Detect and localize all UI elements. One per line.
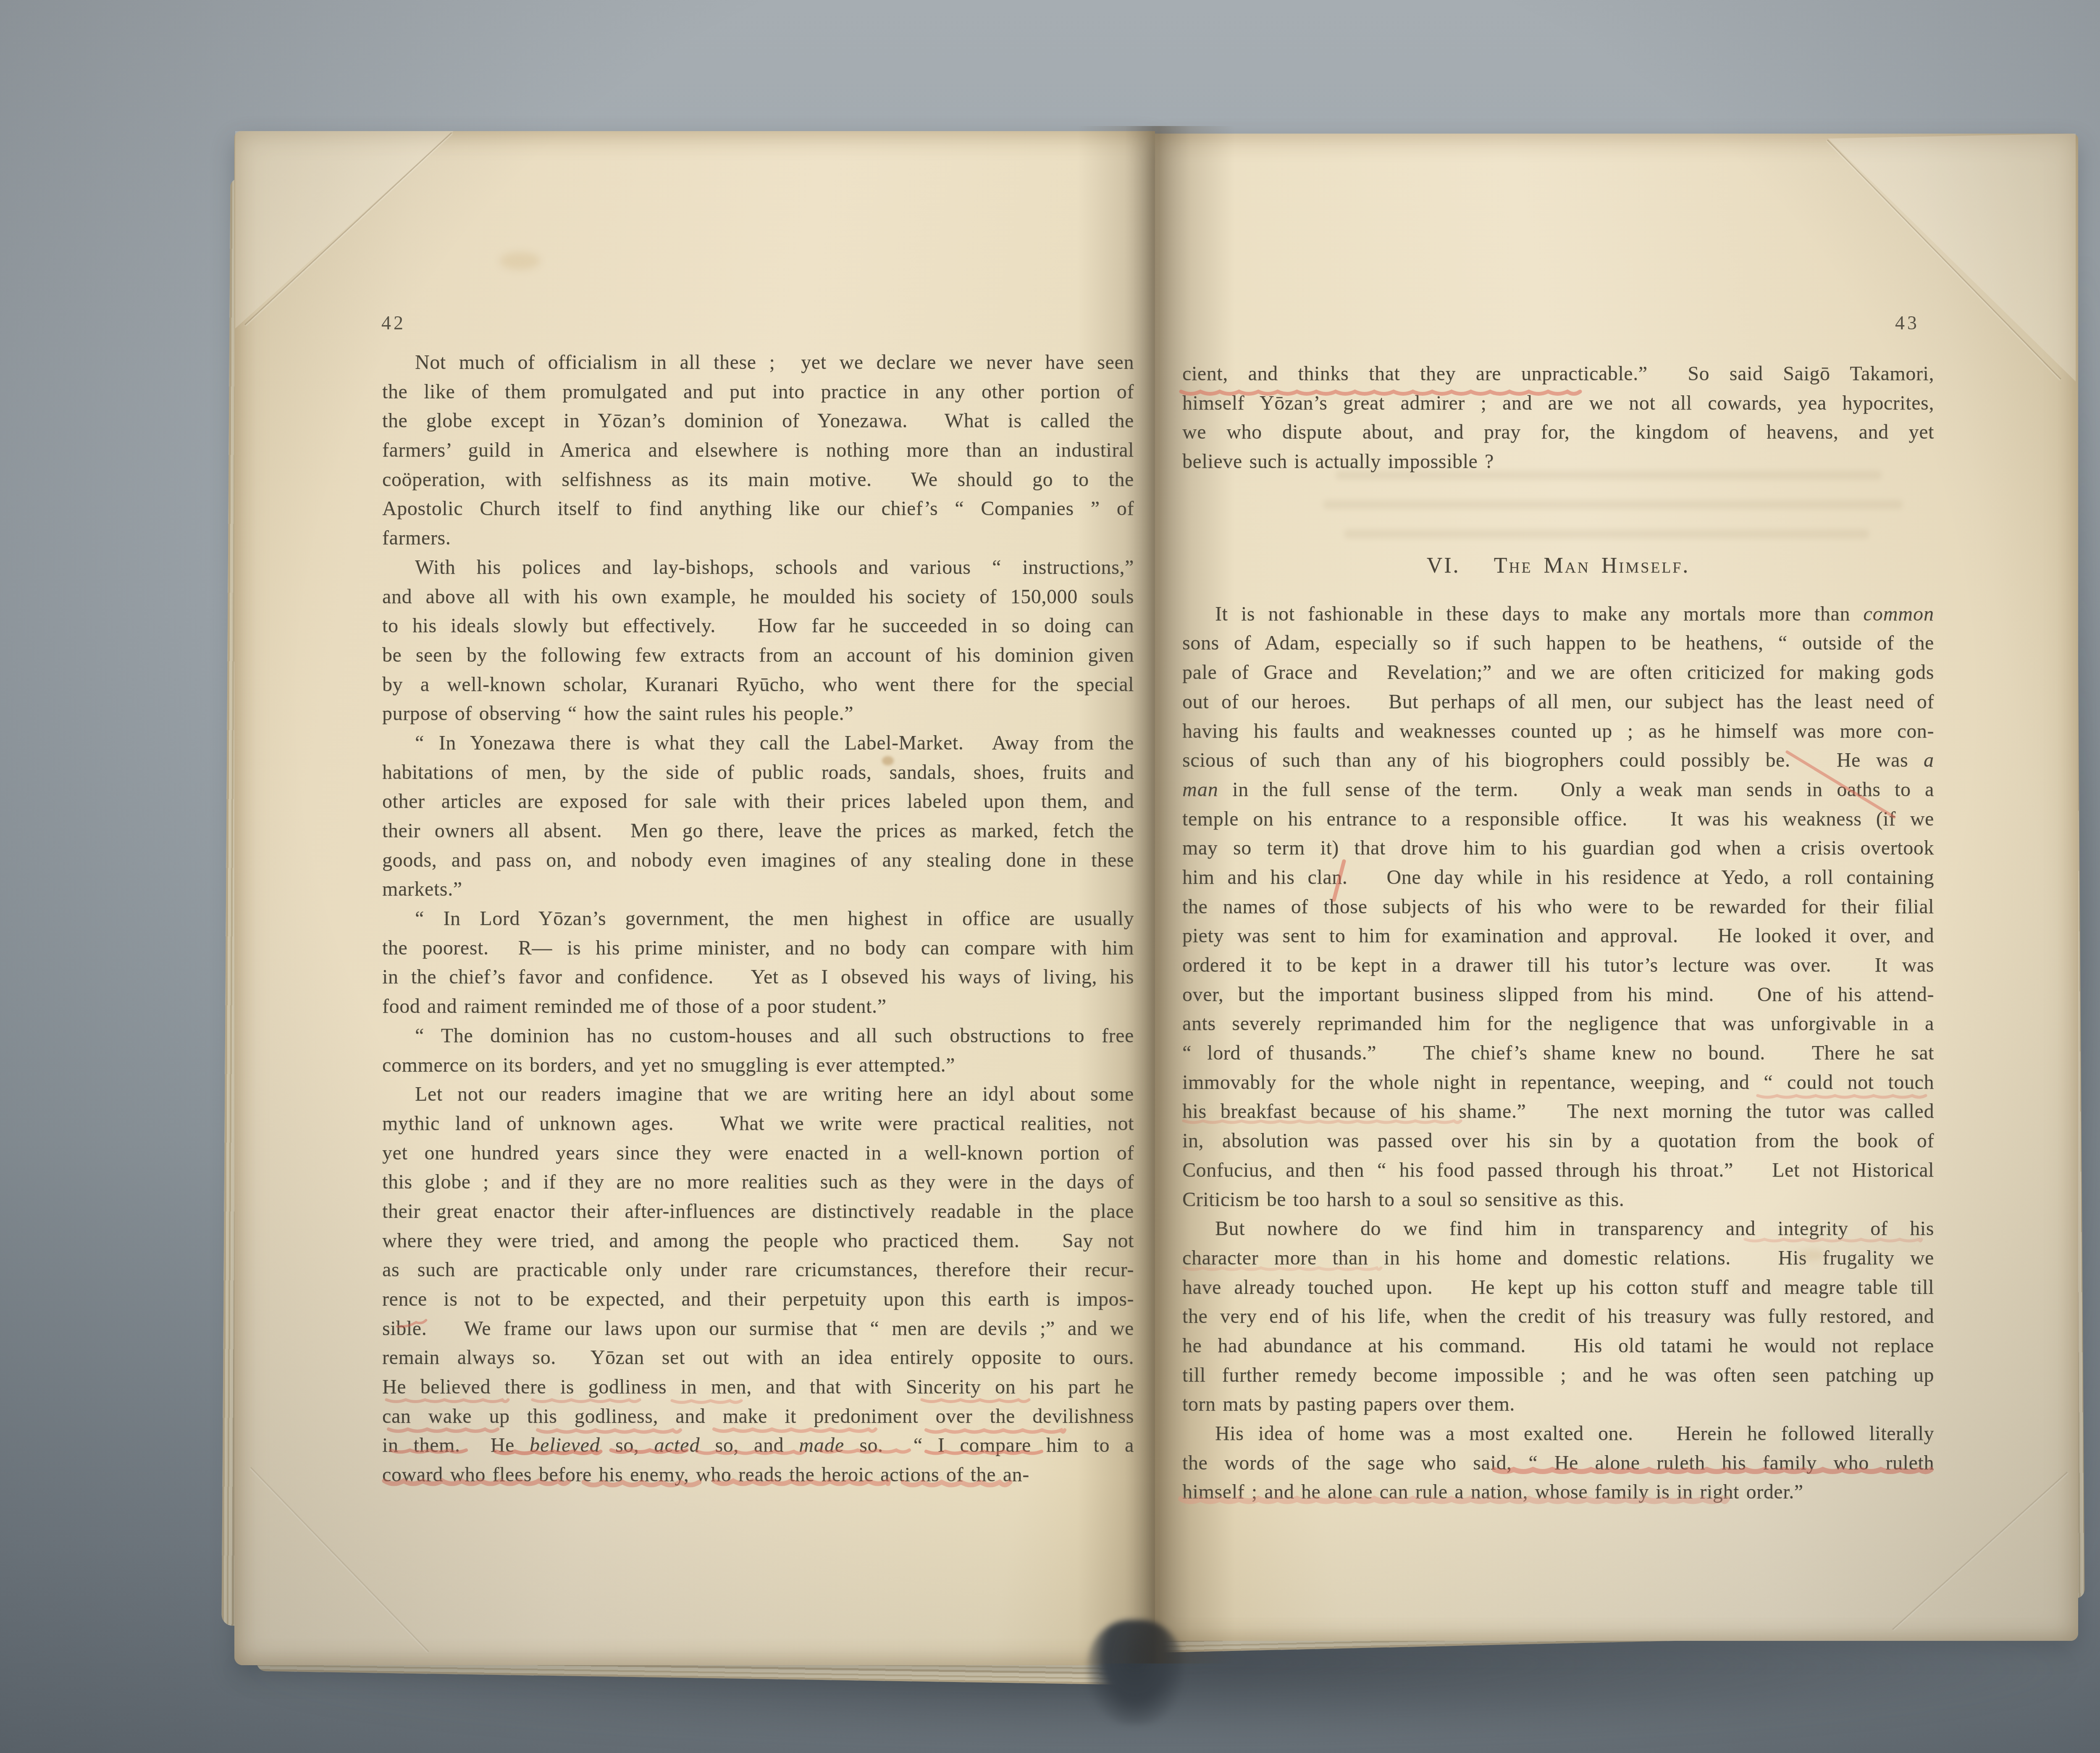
red-pencil-stroke xyxy=(1784,749,1897,820)
book-photograph: 42 43 Not much of officialism in all the… xyxy=(0,0,2100,1753)
text-line: having his faults and weaknesses counted… xyxy=(1182,717,1934,746)
text-line: their owners all absent. Men go there, l… xyxy=(382,816,1134,846)
red-pencil-underline xyxy=(530,1391,642,1408)
text-line: ordered it to be kept in a drawer till h… xyxy=(1182,951,1934,980)
text-line: Criticism be too harsh to a soul so sens… xyxy=(1182,1185,1934,1214)
text-line: be seen by the following few extracts fr… xyxy=(382,641,1134,670)
red-pencil-underline xyxy=(695,1443,806,1460)
red-pencil-underline xyxy=(493,1442,603,1461)
text-line: “ lord of thusands.” The chief’s shame k… xyxy=(1182,1038,1934,1068)
red-pencil-underline xyxy=(712,1469,890,1493)
text-line: remain always so. Yōzan set out with an … xyxy=(382,1343,1134,1372)
red-pencil-underline xyxy=(582,1470,701,1494)
text-line: the names of those subjects of his who w… xyxy=(1182,892,1934,922)
text-line: ants severely reprimanded him for the ne… xyxy=(1182,1009,1934,1038)
text-line: where they were tried, and among the peo… xyxy=(382,1226,1134,1256)
text-line: the poorest. R— is his prime minister, a… xyxy=(382,933,1134,963)
text-line: he had abundance at his command. His old… xyxy=(1182,1331,1934,1361)
text-line: Not much of officialism in all these ; y… xyxy=(382,348,1134,377)
red-pencil-underline xyxy=(901,1470,1012,1494)
text-line: believe such is actually impossible ? xyxy=(1182,447,1934,476)
text-line: other articles are exposed for sale with… xyxy=(382,787,1134,816)
text-line: by a well-known scholar, Kuranari Ryūcho… xyxy=(382,670,1134,699)
red-pencil-underline xyxy=(670,1392,743,1409)
text-line: purpose of observing “ how the saint rul… xyxy=(382,699,1134,728)
red-pencil-underline xyxy=(924,1443,1044,1460)
text-line: the globe except in Yōzan’s dominion of … xyxy=(382,406,1134,436)
red-pencil-underline xyxy=(920,1391,1031,1408)
text-line: may so term it) that drove him to his gu… xyxy=(1182,833,1934,863)
red-pencil-underline xyxy=(1179,1487,1729,1511)
red-pencil-underline xyxy=(388,1441,468,1459)
text-line: in, absolution was passed over his sin b… xyxy=(1182,1126,1934,1156)
red-pencil-underline xyxy=(817,1441,911,1459)
text-line: him and his clan. One day while in his r… xyxy=(1182,863,1934,892)
text-line: the very end of his life, when the credi… xyxy=(1182,1302,1934,1331)
page-number-left: 42 xyxy=(381,312,406,334)
text-line: “ The dominion has no custom-houses and … xyxy=(382,1021,1134,1051)
text-line: mythic land of unknown ages. What we wri… xyxy=(382,1109,1134,1138)
text-line: goods, and pass on, and nobody even imag… xyxy=(382,846,1134,875)
red-pencil-underline xyxy=(535,1421,682,1439)
red-pencil-underline xyxy=(924,1421,1067,1439)
text-line: With his polices and lay-bishops, school… xyxy=(382,553,1134,582)
text-line: till further remedy become impossible ; … xyxy=(1182,1361,1934,1390)
text-line: food and raiment reminded me of those of… xyxy=(382,992,1134,1021)
text-line: Let not our readers imagine that we are … xyxy=(382,1080,1134,1109)
text-line: farmers. xyxy=(382,523,1134,553)
page-text-left: Not much of officialism in all these ; y… xyxy=(382,348,1134,1490)
text-line: Apostolic Church itself to find anything… xyxy=(382,494,1134,523)
page-number-right: 43 xyxy=(1856,312,1919,334)
text-line: sible. We frame our laws upon our surmis… xyxy=(382,1314,1134,1343)
text-line: It is not fashionable in these days to m… xyxy=(1182,599,1934,629)
red-pencil-underline xyxy=(712,1420,878,1438)
text-line: “ In Lord Yōzan’s government, the men hi… xyxy=(382,904,1134,933)
text-line: out of our heroes. But perhaps of all me… xyxy=(1182,687,1934,717)
text-line: yet one hundred years since they were en… xyxy=(382,1138,1134,1168)
text-line: to his ideals slowly but effectively. Ho… xyxy=(382,611,1134,641)
red-pencil-underline xyxy=(382,1469,571,1493)
text-line: habitations of men, by the side of publi… xyxy=(382,758,1134,787)
red-pencil-underline xyxy=(1492,1459,1933,1480)
red-pencil-underline xyxy=(1756,1088,1928,1104)
red-pencil-underline xyxy=(1181,1260,1383,1276)
text-line: we who dispute about, and pray for, the … xyxy=(1182,418,1934,447)
text-line: over, but the important business slipped… xyxy=(1182,980,1934,1009)
text-line: piety was sent to him for examination an… xyxy=(1182,921,1934,951)
red-pencil-stroke xyxy=(1330,857,1348,904)
spacer xyxy=(1182,585,1934,599)
text-line: His idea of home was a most exalted one.… xyxy=(1182,1419,1934,1448)
text-line: sons of Adam, especially so if such happ… xyxy=(1182,628,1934,658)
text-line: “ In Yonezawa there is what they call th… xyxy=(382,728,1134,758)
red-pencil-underline xyxy=(1743,1231,1924,1247)
text-line: rence is not to be expected, and their p… xyxy=(382,1285,1134,1314)
page-text-right: cient, and thinks that they are unpracti… xyxy=(1182,359,1934,1507)
text-line: markets.” xyxy=(382,875,1134,904)
text-line: their great enactor their after-influenc… xyxy=(382,1197,1134,1226)
spacer xyxy=(1182,476,1934,547)
text-line: in the chief’s favor and confidence. Yet… xyxy=(382,962,1134,992)
text-line: pale of Grace and Revelation;” and we ar… xyxy=(1182,658,1934,687)
text-line: the like of them promulgated and put int… xyxy=(382,377,1134,407)
text-line: torn mats by pasting papers over them. xyxy=(1182,1390,1934,1419)
text-line: have already touched upon. He kept up hi… xyxy=(1182,1273,1934,1302)
spine-bottom-shadow xyxy=(1087,1620,1184,1725)
section-heading: VI. The Man Himself. xyxy=(1182,547,1934,585)
text-line: as such are practicable only under rare … xyxy=(382,1255,1134,1285)
red-pencil-underline xyxy=(386,1420,500,1438)
text-line: farmers’ guild in America and elsewhere … xyxy=(382,436,1134,465)
text-line: commerce on its borders, and yet no smug… xyxy=(382,1051,1134,1080)
red-pencil-underline xyxy=(1181,1113,1463,1129)
text-line: coöperation, with selfishness as its mai… xyxy=(382,465,1134,494)
red-pencil-underline xyxy=(609,1441,689,1459)
text-line: and above all with his own example, he m… xyxy=(382,582,1134,612)
text-line: Confucius, and then “ his food passed th… xyxy=(1182,1156,1934,1185)
red-pencil-underline xyxy=(1179,381,1582,402)
red-pencil-underline xyxy=(384,1391,510,1408)
text-line: this globe ; and if they are no more rea… xyxy=(382,1167,1134,1197)
